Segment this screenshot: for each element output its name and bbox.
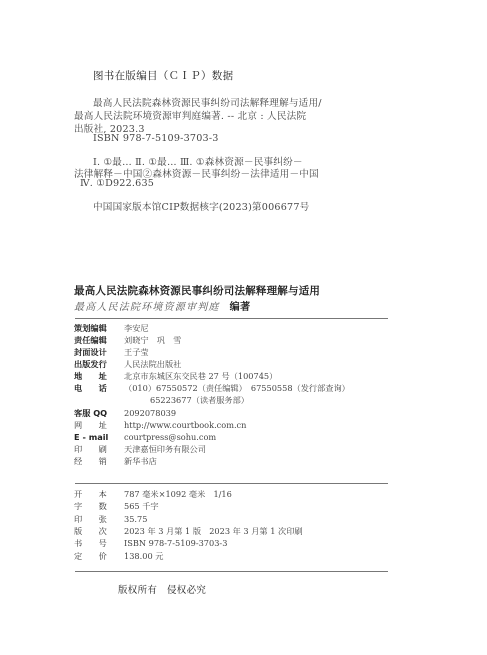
contact-row-printer: 印 刷 天津嘉恒印务有限公司 <box>74 444 206 455</box>
cip-heading: 图书在版编目（ＣＩＰ）数据 <box>93 68 233 83</box>
info-value: 2092078039 <box>124 408 176 419</box>
divider-bottom <box>75 571 388 572</box>
staff-row-publisher: 出版发行 人民法院出版社 <box>74 359 181 370</box>
contact-row-phone: 电 话 （010）67550572（责任编辑） 67550558（发行部查询） <box>74 383 350 394</box>
spec-row-isbn: 书 号 ISBN 978-7-5109-3703-3 <box>74 538 227 549</box>
cip-isbn-line: ISBN 978-7-5109-3703-3 <box>93 133 219 144</box>
divider-top <box>75 318 388 319</box>
staff-row-cover-design: 封面设计 王子莹 <box>74 347 149 358</box>
contact-row-email: E - mail courtpress@sohu.com <box>74 432 216 442</box>
contact-row-phone-2: 65223677（读者服务部） <box>150 395 249 406</box>
spec-row-sheets: 印 张 35.75 <box>74 514 147 525</box>
info-label: 开 本 <box>74 489 119 500</box>
contact-row-qq: 客服 QQ 2092078039 <box>74 408 176 419</box>
info-label: 地 址 <box>74 371 119 382</box>
info-label: 网 址 <box>74 420 119 431</box>
spec-row-word-count: 字 数 565 千字 <box>74 501 159 512</box>
cip-record-number: 中国国家版本馆CIP数据核字(2023)第006677号 <box>93 199 309 213</box>
divider-middle <box>75 483 388 484</box>
info-label: 经 销 <box>74 456 119 467</box>
spec-row-price: 定 价 138.00 元 <box>74 551 163 562</box>
info-label: 印 张 <box>74 514 119 525</box>
author-name: 最高人民法院环境资源审判庭 <box>74 302 220 313</box>
info-value: 787 毫米×1092 毫米 1/16 <box>124 489 232 500</box>
info-value: ISBN 978-7-5109-3703-3 <box>124 538 227 549</box>
email-link[interactable]: courtpress@sohu.com <box>124 432 216 442</box>
contact-row-website: 网 址 http://www.courtbook.com.cn <box>74 420 246 431</box>
info-value: 李安尼 <box>124 323 149 334</box>
info-value: 天津嘉恒印务有限公司 <box>124 444 206 455</box>
info-label: 印 刷 <box>74 444 119 455</box>
cip-author-line: 最高人民法院环境资源审判庭编著. -- 北京 : 人民法院 <box>74 108 306 122</box>
info-label: 客服 QQ <box>74 408 119 419</box>
spec-row-edition: 版 次 2023 年 3 月第 1 版 2023 年 3 月第 1 次印刷 <box>74 526 303 537</box>
info-value: 人民法院出版社 <box>124 359 181 370</box>
info-label: E - mail <box>74 432 119 442</box>
info-label: 策划编辑 <box>74 323 119 334</box>
info-value: 新华书店 <box>124 456 157 467</box>
info-value: 北京市东城区东交民巷 27 号（100745） <box>124 371 277 382</box>
contact-row-distributor: 经 销 新华书店 <box>74 456 157 467</box>
info-label: 书 号 <box>74 538 119 549</box>
info-label: 版 次 <box>74 526 119 537</box>
info-value: 2023 年 3 月第 1 版 2023 年 3 月第 1 次印刷 <box>124 526 303 537</box>
staff-row-planning-editor: 策划编辑 李安尼 <box>74 323 149 334</box>
info-label: 责任编辑 <box>74 335 119 346</box>
book-title: 最高人民法院森林资源民事纠纷司法解释理解与适用 <box>74 283 320 298</box>
contact-row-address: 地 址 北京市东城区东交民巷 27 号（100745） <box>74 371 277 382</box>
author-role: 编著 <box>230 302 251 313</box>
info-value: 35.75 <box>124 514 147 525</box>
copyright-notice: 版权所有 侵权必究 <box>118 582 206 596</box>
info-value: 刘晓宁 巩 雪 <box>124 335 181 346</box>
cip-title-line: 最高人民法院森林资源民事纠纷司法解释理解与适用/ <box>93 95 322 109</box>
info-value: 65223677（读者服务部） <box>150 395 249 406</box>
info-label: 封面设计 <box>74 347 119 358</box>
cip-class-line-3: Ⅳ. ①D922.635 <box>80 178 154 189</box>
staff-row-responsible-editor: 责任编辑 刘晓宁 巩 雪 <box>74 335 181 346</box>
info-label: 定 价 <box>74 551 119 562</box>
info-value: 138.00 元 <box>124 551 163 562</box>
spec-row-format: 开 本 787 毫米×1092 毫米 1/16 <box>74 489 232 500</box>
info-value: （010）67550572（责任编辑） 67550558（发行部查询） <box>124 383 350 394</box>
info-value: 王子莹 <box>124 347 149 358</box>
book-author: 最高人民法院环境资源审判庭编著 <box>74 298 251 313</box>
info-value: 565 千字 <box>124 501 159 512</box>
info-label: 出版发行 <box>74 359 119 370</box>
info-label: 电 话 <box>74 383 119 394</box>
info-label: 字 数 <box>74 501 119 512</box>
website-link[interactable]: http://www.courtbook.com.cn <box>124 420 246 431</box>
